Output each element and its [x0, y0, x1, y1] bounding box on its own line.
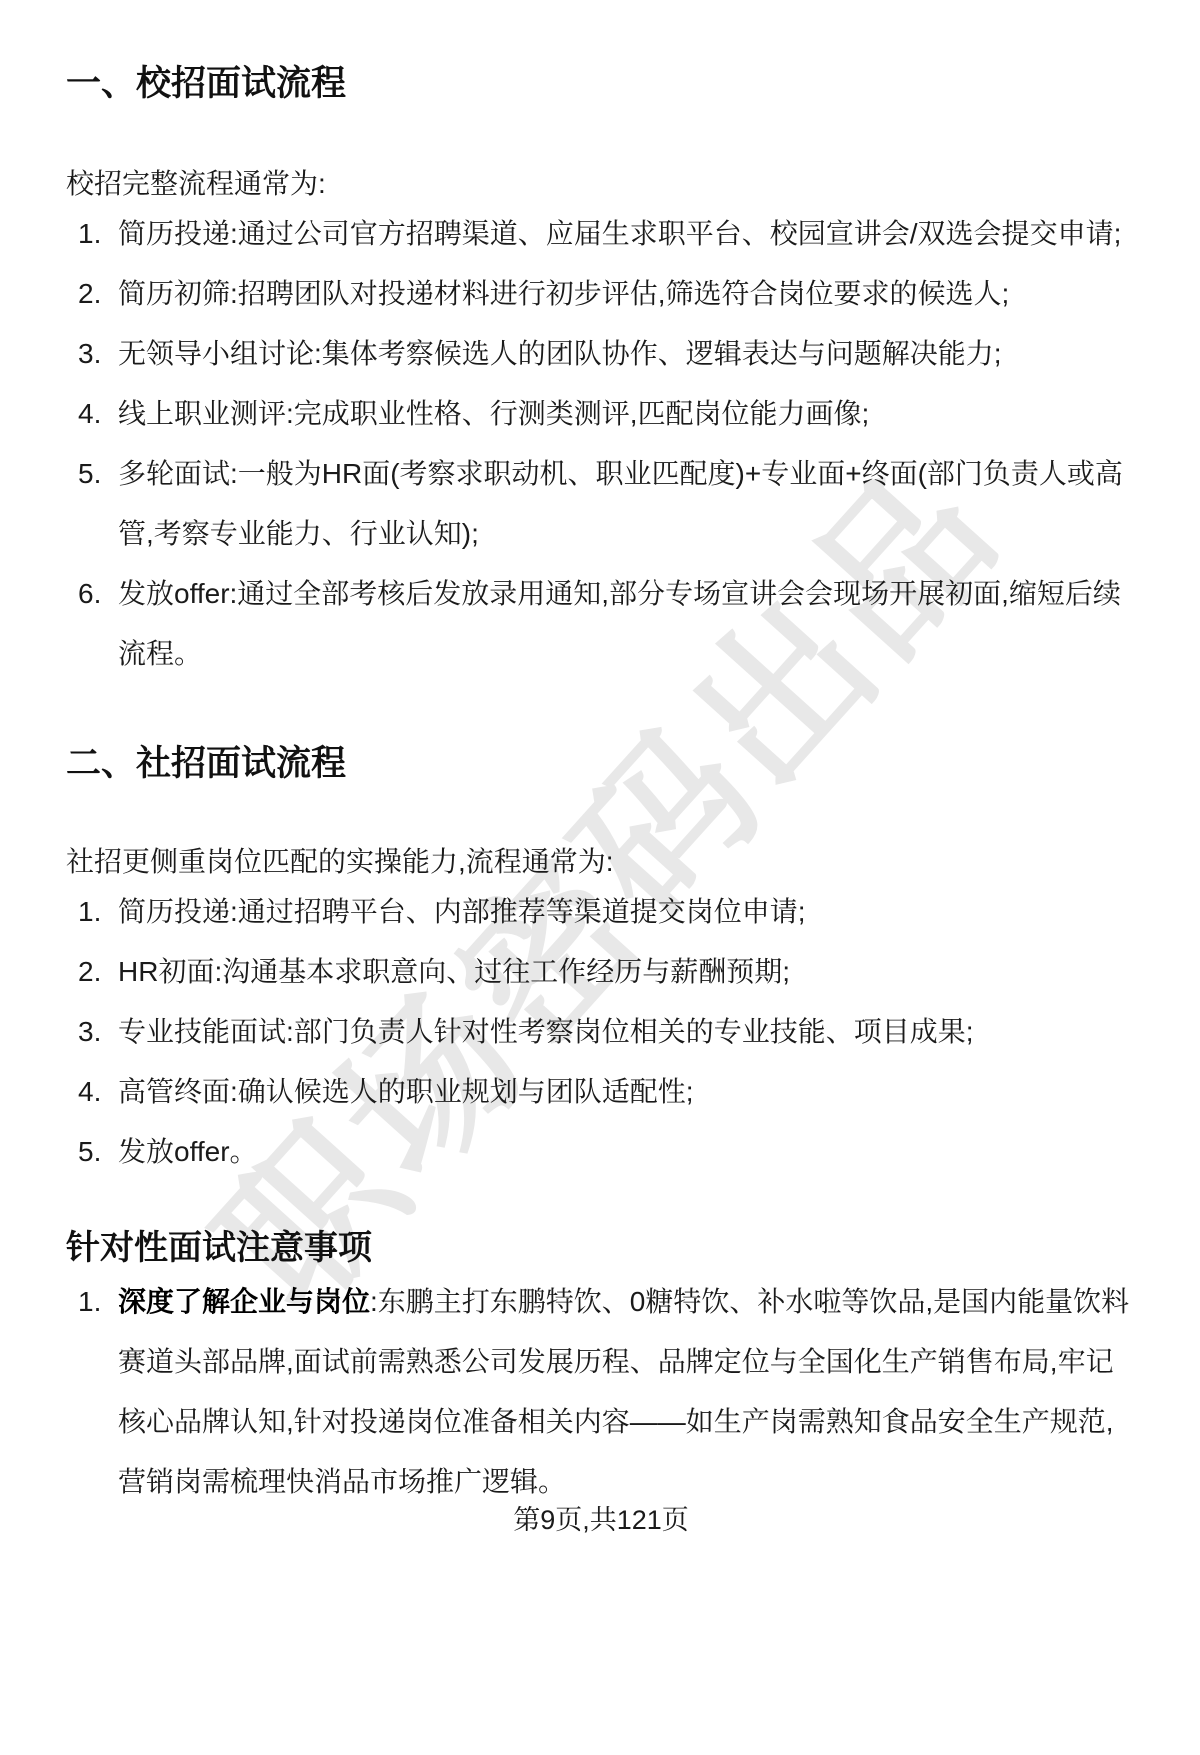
list-item: 3. 无领导小组讨论:集体考察候选人的团队协作、逻辑表达与问题解决能力; [66, 324, 1136, 384]
list-item-number: 4. [78, 384, 118, 444]
list-item-text: 线上职业测评:完成职业性格、行测类测评,匹配岗位能力画像; [118, 384, 1136, 444]
list-item-body: 简历投递:通过招聘平台、内部推荐等渠道提交岗位申请; [118, 896, 806, 927]
document-content: 一、校招面试流程 校招完整流程通常为: 1. 简历投递:通过公司官方招聘渠道、应… [0, 0, 1200, 1755]
interview-notes-list: 1. 深度了解企业与岗位:东鹏主打东鹏特饮、0糖特饮、补水啦等饮品,是国内能量饮… [66, 1272, 1136, 1512]
list-item: 3. 专业技能面试:部门负责人针对性考察岗位相关的专业技能、项目成果; [66, 1002, 1136, 1062]
list-item-body: 简历初筛:招聘团队对投递材料进行初步评估,筛选符合岗位要求的候选人; [118, 278, 1009, 309]
list-item-text: HR初面:沟通基本求职意向、过往工作经历与薪酬预期; [118, 942, 1136, 1002]
list-item: 5. 多轮面试:一般为HR面(考察求职动机、职业匹配度)+专业面+终面(部门负责… [66, 444, 1136, 564]
list-item-body: 专业技能面试:部门负责人针对性考察岗位相关的专业技能、项目成果; [118, 1016, 974, 1047]
list-item-number: 1. [78, 882, 118, 942]
list-item-text: 简历投递:通过公司官方招聘渠道、应届生求职平台、校园宣讲会/双选会提交申请; [118, 204, 1136, 264]
list-item-body: 多轮面试:一般为HR面(考察求职动机、职业匹配度)+专业面+终面(部门负责人或高… [118, 458, 1123, 549]
list-item-number: 1. [78, 204, 118, 264]
list-item-number: 5. [78, 1122, 118, 1182]
list-item: 1. 简历投递:通过招聘平台、内部推荐等渠道提交岗位申请; [66, 882, 1136, 942]
list-item-text: 发放offer。 [118, 1122, 1136, 1182]
list-item: 5. 发放offer。 [66, 1122, 1136, 1182]
list-item-number: 1. [78, 1272, 118, 1332]
list-item-body: 发放offer。 [118, 1136, 258, 1167]
list-item: 1. 深度了解企业与岗位:东鹏主打东鹏特饮、0糖特饮、补水啦等饮品,是国内能量饮… [66, 1272, 1136, 1512]
list-item-number: 4. [78, 1062, 118, 1122]
list-item-number: 6. [78, 564, 118, 624]
list-item-text: 无领导小组讨论:集体考察候选人的团队协作、逻辑表达与问题解决能力; [118, 324, 1136, 384]
section-intro-campus: 校招完整流程通常为: [66, 164, 1136, 204]
list-item-body: 简历投递:通过公司官方招聘渠道、应届生求职平台、校园宣讲会/双选会提交申请; [118, 218, 1121, 249]
list-item-text: 发放offer:通过全部考核后发放录用通知,部分专场宣讲会会现场开展初面,缩短后… [118, 564, 1136, 684]
list-item: 1. 简历投递:通过公司官方招聘渠道、应届生求职平台、校园宣讲会/双选会提交申请… [66, 204, 1136, 264]
list-item-text: 多轮面试:一般为HR面(考察求职动机、职业匹配度)+专业面+终面(部门负责人或高… [118, 444, 1136, 564]
list-item-body: HR初面:沟通基本求职意向、过往工作经历与薪酬预期; [118, 956, 790, 987]
list-item-number: 5. [78, 444, 118, 504]
list-item-bold-label: 深度了解企业与岗位 [118, 1286, 370, 1317]
list-item-number: 3. [78, 1002, 118, 1062]
list-item-text: 简历投递:通过招聘平台、内部推荐等渠道提交岗位申请; [118, 882, 1136, 942]
list-item: 4. 线上职业测评:完成职业性格、行测类测评,匹配岗位能力画像; [66, 384, 1136, 444]
list-item-body: 高管终面:确认候选人的职业规划与团队适配性; [118, 1076, 694, 1107]
list-item-number: 2. [78, 942, 118, 1002]
document-page: 职场密码出品 一、校招面试流程 校招完整流程通常为: 1. 简历投递:通过公司官… [0, 0, 1200, 1755]
list-item-number: 2. [78, 264, 118, 324]
list-item-body: 线上职业测评:完成职业性格、行测类测评,匹配岗位能力画像; [118, 398, 869, 429]
section-heading-interview-notes: 针对性面试注意事项 [66, 1224, 1136, 1272]
list-item: 4. 高管终面:确认候选人的职业规划与团队适配性; [66, 1062, 1136, 1122]
list-item: 2. HR初面:沟通基本求职意向、过往工作经历与薪酬预期; [66, 942, 1136, 1002]
section-heading-social-process: 二、社招面试流程 [66, 740, 1136, 788]
list-item-body: 发放offer:通过全部考核后发放录用通知,部分专场宣讲会会现场开展初面,缩短后… [118, 578, 1121, 669]
list-item-body: 无领导小组讨论:集体考察候选人的团队协作、逻辑表达与问题解决能力; [118, 338, 1002, 369]
list-item-text: 简历初筛:招聘团队对投递材料进行初步评估,筛选符合岗位要求的候选人; [118, 264, 1136, 324]
list-item-text: 深度了解企业与岗位:东鹏主打东鹏特饮、0糖特饮、补水啦等饮品,是国内能量饮料赛道… [118, 1272, 1136, 1512]
list-item-number: 3. [78, 324, 118, 384]
social-process-list: 1. 简历投递:通过招聘平台、内部推荐等渠道提交岗位申请; 2. HR初面:沟通… [66, 882, 1136, 1182]
section-intro-social: 社招更侧重岗位匹配的实操能力,流程通常为: [66, 842, 1136, 882]
list-item-text: 高管终面:确认候选人的职业规划与团队适配性; [118, 1062, 1136, 1122]
list-item-text: 专业技能面试:部门负责人针对性考察岗位相关的专业技能、项目成果; [118, 1002, 1136, 1062]
list-item: 6. 发放offer:通过全部考核后发放录用通知,部分专场宣讲会会现场开展初面,… [66, 564, 1136, 684]
campus-process-list: 1. 简历投递:通过公司官方招聘渠道、应届生求职平台、校园宣讲会/双选会提交申请… [66, 204, 1136, 684]
section-heading-campus-process: 一、校招面试流程 [66, 60, 1136, 108]
list-item: 2. 简历初筛:招聘团队对投递材料进行初步评估,筛选符合岗位要求的候选人; [66, 264, 1136, 324]
list-item-body: :东鹏主打东鹏特饮、0糖特饮、补水啦等饮品,是国内能量饮料赛道头部品牌,面试前需… [118, 1286, 1129, 1497]
